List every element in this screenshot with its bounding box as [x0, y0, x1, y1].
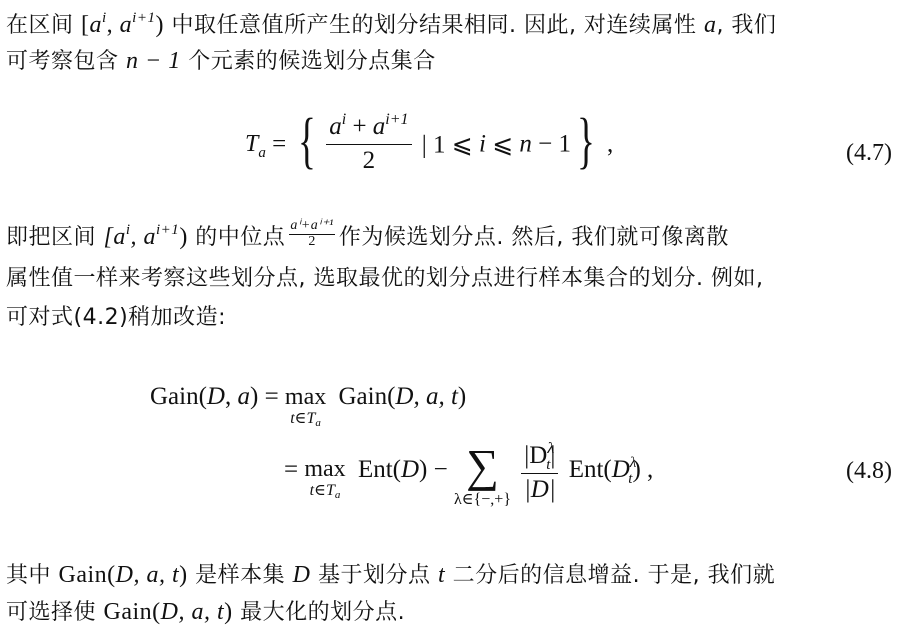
- math: max: [304, 455, 345, 483]
- math: t∈T: [290, 410, 315, 427]
- sum-symbol: ∑: [454, 441, 511, 491]
- math: , a: [131, 224, 157, 250]
- equation-number-4-7: (4.7): [846, 140, 892, 167]
- math: D, a, t: [116, 562, 180, 588]
- math: D: [401, 456, 419, 483]
- text: 在区间: [6, 13, 81, 38]
- brace-left: {: [298, 110, 316, 172]
- math: i+1: [385, 111, 408, 128]
- text: 可考察包含: [6, 49, 126, 74]
- math: ,: [601, 131, 614, 158]
- text: 属性值一样来考察这些划分点, 选取最优的划分点进行样本集合的划分. 例如,: [6, 266, 763, 291]
- math: t∈T: [310, 482, 335, 499]
- math: i+1: [156, 222, 179, 238]
- text: 作为候选划分点. 然后, 我们就可像离散: [339, 225, 729, 250]
- math: a: [329, 113, 342, 140]
- text: 个元素的候选划分点集合: [181, 49, 436, 74]
- text: 可对式(4.2)稍加改造:: [6, 305, 226, 330]
- summation: ∑λ∈{−,+}: [454, 441, 511, 509]
- math: T: [245, 131, 258, 157]
- math: a: [258, 145, 266, 161]
- math: ): [224, 599, 233, 625]
- math: ,: [107, 12, 120, 38]
- math: 2: [289, 235, 335, 249]
- math: ): [632, 456, 640, 483]
- math: | 1 ⩽: [416, 132, 479, 159]
- math: +: [346, 113, 373, 140]
- text: 即把区间: [6, 225, 104, 250]
- math: D: [207, 383, 225, 410]
- math: a: [704, 12, 717, 38]
- paragraph-3-line-1: 其中 Gain(D, a, t) 是样本集 D 基于划分点 t 二分后的信息增益…: [6, 560, 775, 591]
- equation-4-8-row-1: Gain(D, a) = maxt∈Ta Gain(D, a, t): [150, 383, 466, 431]
- math: max: [285, 383, 326, 411]
- math: =: [284, 456, 298, 483]
- math: i+1: [132, 10, 155, 26]
- math: n − 1: [126, 48, 181, 74]
- equation-4-8-row-2: = maxt∈Ta Ent(D) − ∑λ∈{−,+} |Dλt||D| Ent…: [284, 455, 653, 523]
- max-operator: maxt∈Ta: [285, 383, 326, 431]
- math: a: [120, 12, 133, 38]
- text: 基于划分点: [311, 563, 439, 588]
- math: a: [373, 113, 386, 140]
- math: n: [519, 131, 532, 158]
- math: =: [258, 383, 278, 410]
- text: 其中: [6, 563, 59, 588]
- math: [a: [104, 224, 126, 250]
- paragraph-3-line-2: 可选择使 Gain(D, a, t) 最大化的划分点.: [6, 597, 405, 628]
- equation-number-4-8: (4.8): [846, 458, 892, 485]
- math: aⁱ+aⁱ⁺¹: [289, 219, 335, 235]
- math: ): [155, 12, 164, 38]
- math: a: [90, 12, 103, 38]
- math: a: [315, 417, 321, 429]
- math: =: [266, 131, 293, 158]
- math: D, a, t: [395, 383, 458, 410]
- math: i: [479, 131, 486, 158]
- math: ,: [641, 456, 654, 483]
- equation-4-7: Ta = {ai + ai+12 | 1 ⩽ i ⩽ n − 1} ,: [245, 112, 613, 177]
- math: ): [179, 562, 188, 588]
- math: Gain(: [339, 383, 396, 410]
- math: Gain(: [150, 383, 207, 410]
- text: 的中位点: [188, 225, 286, 250]
- paragraph-2-line-1: 即把区间 [ai, ai+1) 的中位点aⁱ+aⁱ⁺¹2作为候选划分点. 然后,…: [6, 222, 729, 253]
- paragraph-2-line-3: 可对式(4.2)稍加改造:: [6, 302, 226, 333]
- math: ⩽: [486, 132, 519, 159]
- math: D: [293, 562, 311, 588]
- paragraph-1-line-2: 可考察包含 n − 1 个元素的候选划分点集合: [6, 46, 436, 77]
- text: 二分后的信息增益. 于是, 我们就: [445, 563, 775, 588]
- math: ,: [225, 383, 238, 410]
- text: 可选择使: [6, 600, 104, 625]
- math: [: [81, 12, 90, 38]
- math: |D: [524, 442, 547, 469]
- text: 中取任意值所产生的划分结果相同. 因此, 对连续属性: [164, 13, 704, 38]
- math: Gain(: [59, 562, 116, 588]
- math: ): [179, 224, 188, 250]
- math: Gain(: [104, 599, 161, 625]
- math: Ent(: [358, 456, 401, 483]
- paragraph-2-line-2: 属性值一样来考察这些划分点, 选取最优的划分点进行样本集合的划分. 例如,: [6, 263, 763, 294]
- math: ): [458, 383, 466, 410]
- text: 是样本集: [188, 563, 293, 588]
- math: |: [550, 442, 555, 469]
- brace-right: }: [577, 110, 595, 172]
- math: 2: [326, 145, 411, 177]
- inline-fraction: aⁱ+aⁱ⁺¹2: [289, 219, 335, 249]
- math: D, a, t: [161, 599, 225, 625]
- fraction: |Dλt||D|: [521, 441, 558, 506]
- math: a: [237, 383, 250, 410]
- paragraph-1-line-1: 在区间 [ai, ai+1) 中取任意值所产生的划分结果相同. 因此, 对连续属…: [6, 10, 776, 41]
- math: a: [335, 489, 341, 501]
- math: − 1: [532, 131, 571, 158]
- math: Ent(: [569, 456, 612, 483]
- math: λ∈{−,+}: [454, 491, 511, 509]
- max-operator: maxt∈Ta: [304, 455, 345, 503]
- text: 最大化的划分点.: [233, 600, 406, 625]
- math: |D|: [521, 474, 558, 506]
- math: ) −: [419, 456, 448, 483]
- fraction: ai + ai+12: [326, 112, 411, 177]
- text: , 我们: [716, 13, 776, 38]
